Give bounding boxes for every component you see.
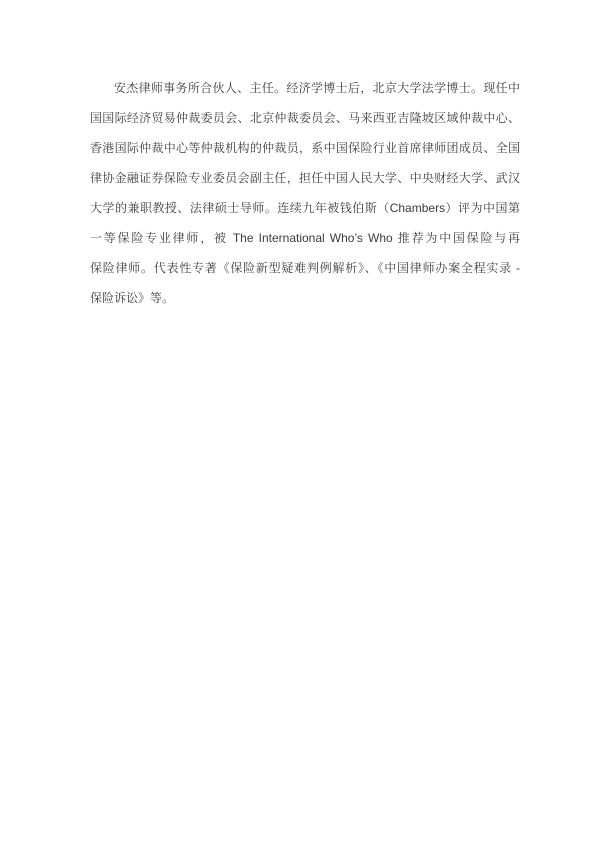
paragraph-line-5: 大学的兼职教授、法律硕士导师。连续九年被钱伯斯（Chambers）评为中国第: [90, 193, 520, 223]
paragraph-line-1: 安杰律师事务所合伙人、主任。经济学博士后，北京大学法学博士。现任中: [90, 73, 520, 103]
paragraph-line-7: 保险律师。代表性专著《保险新型疑难判例解析》、《中国律师办案全程实录 -: [90, 253, 520, 283]
paragraph-line-6: 一等保险专业律师，被 The International Who’s Who 推…: [90, 223, 520, 253]
paragraph-line-2: 国国际经济贸易仲裁委员会、北京仲裁委员会、马来西亚吉隆坡区域仲裁中心、: [90, 103, 520, 133]
paragraph-line-3: 香港国际仲裁中心等仲裁机构的仲裁员，系中国保险行业首席律师团成员、全国: [90, 133, 520, 163]
paragraph-line-4: 律协金融证券保险专业委员会副主任，担任中国人民大学、中央财经大学、武汉: [90, 163, 520, 193]
document-page: 安杰律师事务所合伙人、主任。经济学博士后，北京大学法学博士。现任中 国国际经济贸…: [0, 0, 598, 847]
bio-paragraph: 安杰律师事务所合伙人、主任。经济学博士后，北京大学法学博士。现任中 国国际经济贸…: [90, 73, 520, 313]
paragraph-line-8: 保险诉讼》等。: [90, 283, 520, 313]
